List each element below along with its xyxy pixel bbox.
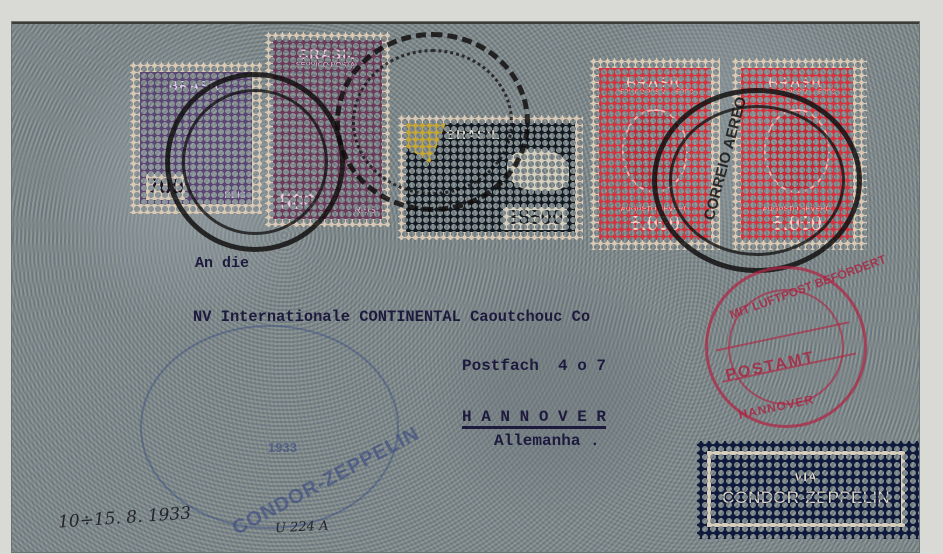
address-line-2: NV Internationale CONTINENTAL Caoutchouc… xyxy=(193,308,590,326)
address-line-5: Allemanha . xyxy=(494,432,600,450)
black-postmark xyxy=(165,72,345,252)
address-line-1: An die xyxy=(195,255,249,272)
cachet-year: 1933 xyxy=(268,440,297,455)
black-postmark xyxy=(652,88,862,273)
label-route: CONDOR-ZEPPELIN xyxy=(722,488,890,508)
stamp-value: 3$500 xyxy=(503,207,567,230)
via-condor-zeppelin-label: VIA CONDOR-ZEPPELIN xyxy=(697,441,919,539)
stamp-country: BRASIL xyxy=(626,74,684,90)
stamp-country: BRASIL xyxy=(768,74,826,90)
stamp-caption: SERVIÇO POSTAL xyxy=(296,62,359,69)
stamp-country: BRASIL xyxy=(298,46,356,62)
pencil-ref-note: U 224 A xyxy=(275,519,329,537)
label-via: VIA xyxy=(794,470,817,484)
address-line-4: H A N N O V E R xyxy=(462,408,606,429)
address-line-3: Postfach 4 o 7 xyxy=(462,357,606,375)
stamp-unit: REIS xyxy=(354,205,376,215)
stamp-caption: SERVIÇO POSTAL AEREO xyxy=(616,90,694,96)
black-postmark xyxy=(335,32,530,212)
